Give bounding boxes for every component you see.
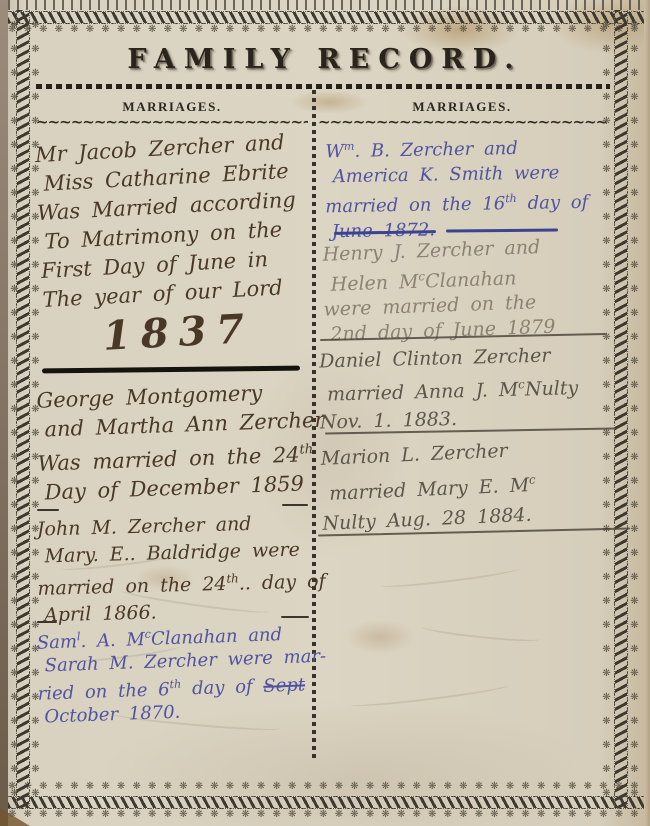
border-ornament — [16, 10, 30, 808]
ink-rule — [37, 509, 59, 511]
marriage-entry: Henry J. Zercher andHelen McClanahanwere… — [322, 233, 594, 348]
book-edge — [0, 0, 8, 826]
border-ornament: ❋ ❋ ❋ ❋ ❋ ❋ ❋ ❋ ❋ ❋ ❋ ❋ ❋ ❋ ❋ ❋ ❋ ❋ ❋ ❋ … — [628, 20, 641, 806]
border-ornament — [614, 10, 628, 808]
marriage-entry: George Montgomeryand Martha Ann ZercherW… — [36, 377, 308, 507]
wavy-divider: ~~~~~~~~~~~~~~~~~~~~~~~~~~~~~~~~~~~~~~~~… — [36, 119, 308, 129]
marriage-entry: Saml. A. McClanahan andSarah M. Zercher … — [36, 617, 307, 728]
marriages-column-right: MARRIAGES. ~~~~~~~~~~~~~~~~~~~~~~~~~~~~~… — [318, 86, 606, 784]
ink-rule — [281, 616, 309, 618]
marriage-entry: Daniel Clinton Zerchermarried Anna J. Mc… — [319, 341, 589, 437]
marriage-entry: Wm. B. Zercher andAmerica K. Smith werem… — [325, 130, 595, 245]
column-header: MARRIAGES. — [36, 99, 308, 115]
marriage-entry: Marion L. Zerchermarried Mary E. McNulty… — [320, 432, 592, 539]
entry-line: Wm. B. Zercher and — [325, 130, 593, 165]
marriage-entry: Mr Jacob Zercher andMiss Catharine Ebrit… — [34, 127, 313, 363]
marriages-column-left: MARRIAGES. ~~~~~~~~~~~~~~~~~~~~~~~~~~~~~… — [36, 86, 308, 784]
column-header: MARRIAGES. — [318, 99, 606, 115]
entry-line: married on the 16th day of — [325, 185, 594, 220]
border-ornament: ❋ ❋ ❋ ❋ ❋ ❋ ❋ ❋ ❋ ❋ ❋ ❋ ❋ ❋ ❋ ❋ ❋ ❋ ❋ ❋ … — [8, 808, 644, 823]
ink-rule — [37, 621, 57, 623]
border-ornament — [8, 0, 644, 10]
ink-rule — [282, 504, 308, 506]
wavy-divider: ~~~~~~~~~~~~~~~~~~~~~~~~~~~~~~~~~~~~~~~~… — [318, 119, 606, 129]
page-edge — [644, 0, 650, 826]
border-ornament: ❋ ❋ ❋ ❋ ❋ ❋ ❋ ❋ ❋ ❋ ❋ ❋ ❋ ❋ ❋ ❋ ❋ ❋ ❋ ❋ … — [8, 23, 644, 38]
page-title: FAMILY RECORD. — [0, 44, 650, 75]
family-record-page: ❋ ❋ ❋ ❋ ❋ ❋ ❋ ❋ ❋ ❋ ❋ ❋ ❋ ❋ ❋ ❋ ❋ ❋ ❋ ❋ … — [0, 0, 650, 826]
